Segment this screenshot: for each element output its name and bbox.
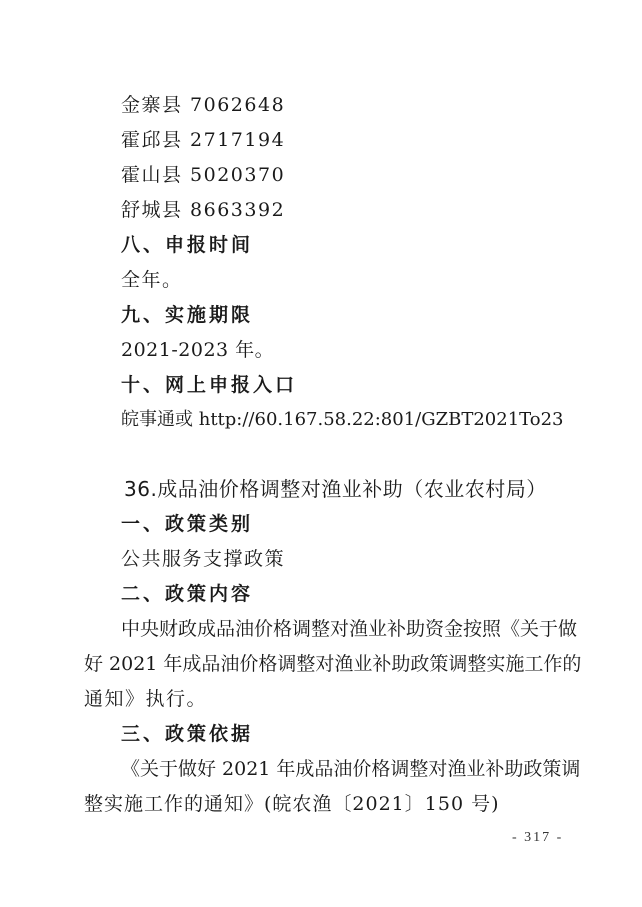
- section-heading-content: 二、政策内容: [121, 582, 253, 606]
- content-paragraph-line-3: 通知》执行。: [84, 687, 207, 711]
- section-heading-category: 一、政策类别: [121, 512, 253, 536]
- implementation-period-content: 2021-2023 年。: [121, 338, 274, 362]
- basis-paragraph-line-2: 整实施工作的通知》(皖农渔〔2021〕150 号): [84, 792, 499, 816]
- application-time-content: 全年。: [121, 268, 183, 292]
- document-page: 金寨县 7062648 霍邱县 2717194 霍山县 5020370 舒城县 …: [0, 0, 642, 907]
- county-line-jinzhai: 金寨县 7062648: [121, 93, 285, 117]
- content-paragraph-line-1: 中央财政成品油价格调整对渔业补助资金按照《关于做: [121, 617, 557, 641]
- county-line-huoshan: 霍山县 5020370: [121, 163, 285, 187]
- basis-paragraph-line-1: 《关于做好 2021 年成品油价格调整对渔业补助政策调: [121, 757, 557, 781]
- online-entry-link[interactable]: 皖事通或 http://60.167.58.22:801/GZBT2021To2…: [121, 408, 564, 432]
- category-content: 公共服务支撑政策: [121, 547, 285, 571]
- policy-title: 36.成品油价格调整对渔业补助（农业农村局）: [124, 477, 547, 501]
- section-heading-online-entry: 十、网上申报入口: [121, 373, 297, 397]
- county-line-huoqiu: 霍邱县 2717194: [121, 128, 285, 152]
- content-paragraph-line-2: 好 2021 年成品油价格调整对渔业补助政策调整实施工作的: [84, 652, 557, 676]
- section-heading-application-time: 八、申报时间: [121, 233, 253, 257]
- section-heading-basis: 三、政策依据: [121, 722, 253, 746]
- page-number: - 317 -: [512, 830, 563, 846]
- section-heading-implementation-period: 九、实施期限: [121, 303, 253, 327]
- county-line-shucheng: 舒城县 8663392: [121, 198, 285, 222]
